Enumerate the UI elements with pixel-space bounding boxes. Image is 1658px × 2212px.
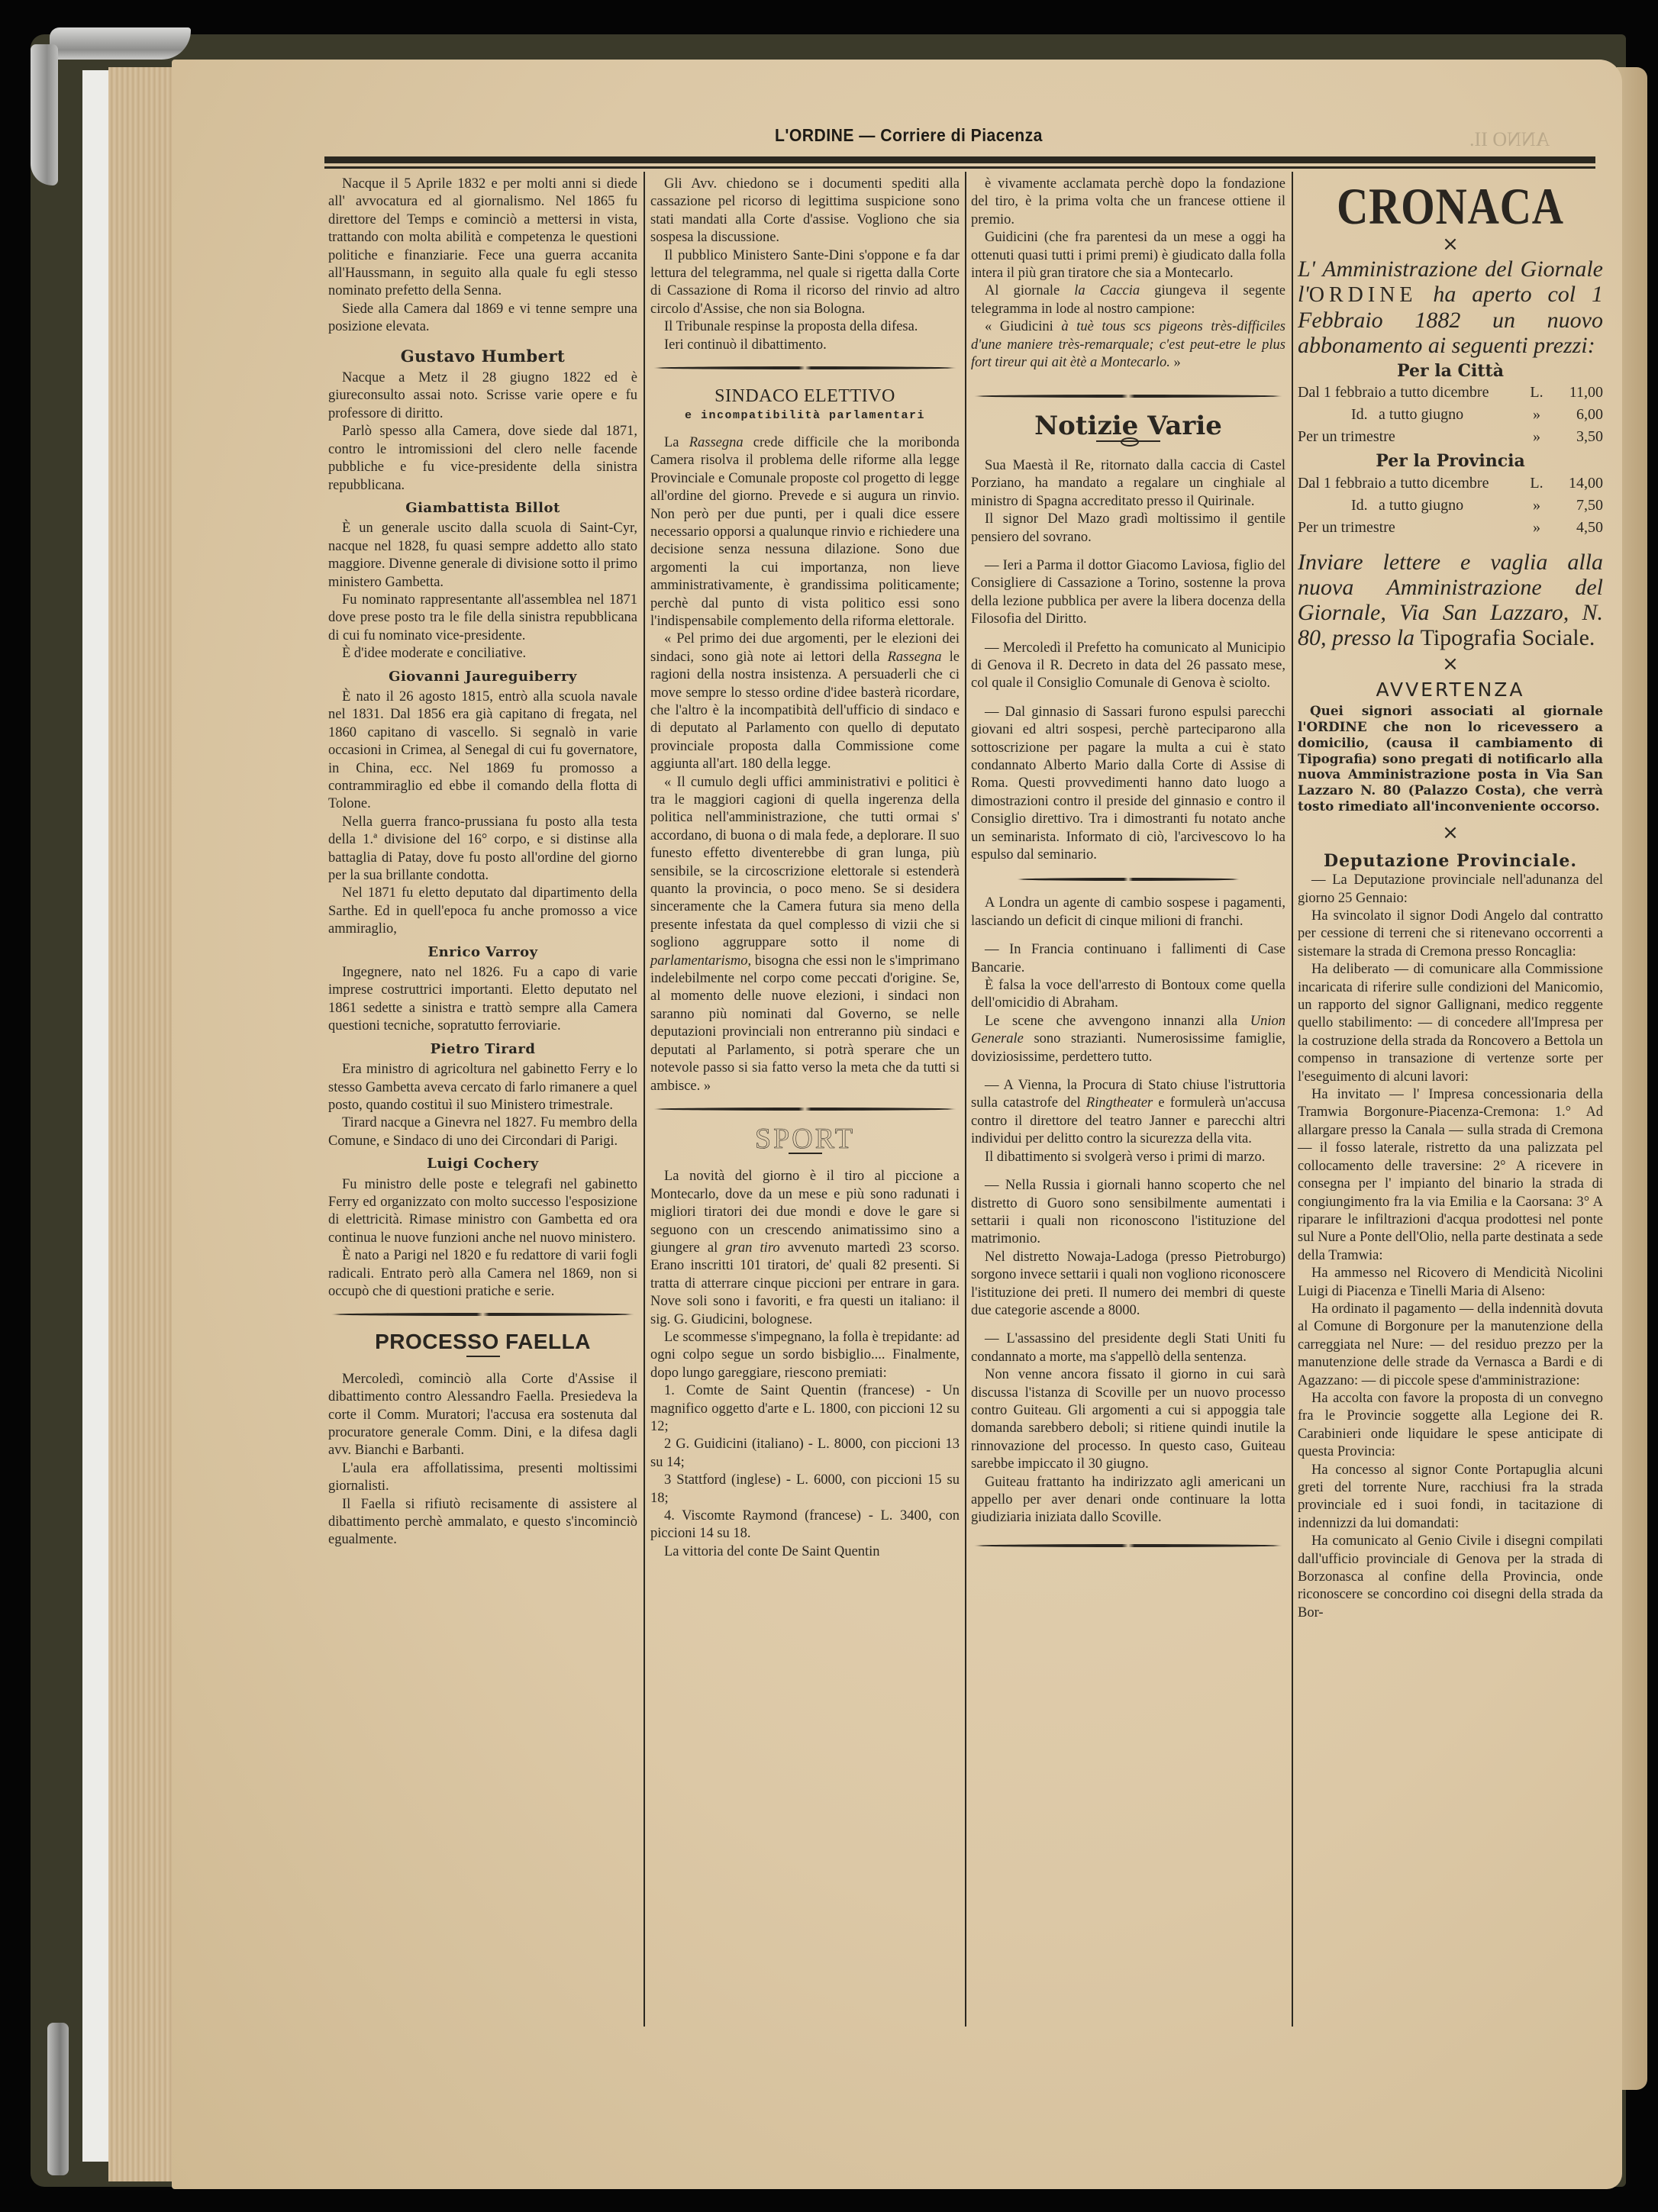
paragraph: Ha comunicato al Genio Civile i disegni … [1298, 1533, 1603, 1622]
paragraph: Ingegnere, nato nel 1826. Fu a capo di v… [328, 964, 637, 1036]
paragraph: Guidicini (che fra parentesi da un mese … [971, 229, 1285, 282]
deputazione-body: — La Deputazione provinciale nell'adunan… [1298, 872, 1603, 1622]
metal-corner-bottom [47, 2023, 69, 2175]
paragraph: è vivamente acclamata perchè dopo la fon… [971, 176, 1285, 229]
news-item: — Dal ginnasio di Sassari furono espulsi… [971, 704, 1285, 865]
paragraph: Le scommesse s'impegnano, la folla è tre… [650, 1329, 960, 1382]
paragraph: Ha ammesso nel Ricovero di Mendicità Nic… [1298, 1265, 1603, 1301]
section-title-cronaca: CRONACA [1322, 179, 1579, 234]
news-item: — In Francia continuano i fallimenti di … [971, 941, 1285, 977]
paragraph: Ha accolta con favore la proposta di un … [1298, 1390, 1603, 1462]
ornamental-rule [331, 1313, 634, 1316]
paragraph: Il pubblico Ministero Sante-Dini s'oppon… [650, 247, 960, 319]
news-item: Sua Maestà il Re, ritornato dalla caccia… [971, 457, 1285, 511]
paragraph: È nato a Parigi nel 1820 e fu redattore … [328, 1247, 637, 1301]
title-flourish [1096, 440, 1160, 442]
price-heading: Per la Provincia [1298, 453, 1603, 470]
paragraph: È un generale uscito dalla scuola di Sai… [328, 520, 637, 592]
paragraph: « Il cumulo degli uffici amministrativi … [650, 774, 960, 1095]
cross-ornament-icon: × [1298, 822, 1603, 843]
avvertenza-body: Quei signori associati al giornale l'ORD… [1298, 703, 1603, 814]
news-item: Non venne ancora fissato il giorno in cu… [971, 1366, 1285, 1473]
cross-ornament-icon: × [1298, 234, 1603, 255]
paragraph: Ha concesso al signor Conte Portapuglia … [1298, 1462, 1603, 1533]
ornamental-rule [653, 1108, 956, 1111]
news-item: Il signor Del Mazo gradì moltissimo il g… [971, 511, 1285, 547]
price-row: Per un trimestre » 4,50 [1298, 517, 1603, 539]
section-title-deputazione: Deputazione Provinciale. [1298, 853, 1603, 870]
paragraph: Nel 1871 fu eletto deputato dal dipartim… [328, 885, 637, 938]
list-item: 2 G. Guidicini (italiano) - L. 8000, con… [650, 1436, 960, 1472]
bio-heading: Luigi Cochery [328, 1155, 637, 1172]
cross-ornament-icon: × [1298, 653, 1603, 675]
bio-heading: Pietro Tirard [328, 1040, 637, 1058]
section-title-sport: SPORT [650, 1130, 960, 1148]
bio-heading: Giovanni Jaureguiberry [328, 668, 637, 685]
section-title-notizie-varie: Notizie Varie [971, 418, 1285, 435]
binding-strip [82, 70, 108, 2162]
paragraph: Ha ordinato il pagamento — della indenni… [1298, 1301, 1603, 1390]
column-divider [1292, 172, 1293, 2027]
paragraph: Siede alla Camera dal 1869 e vi tenne se… [328, 301, 637, 337]
paragraph: Ieri continuò il dibattimento. [650, 337, 960, 354]
paragraph: Nacque a Metz il 28 giugno 1822 ed è giu… [328, 369, 637, 423]
paragraph: Gli Avv. chiedono se i documenti spediti… [650, 176, 960, 247]
paragraph: La novità del giorno è il tiro al piccio… [650, 1168, 960, 1329]
paragraph: « Pel primo dei due argomenti, per le el… [650, 630, 960, 773]
metal-corner-top [50, 27, 191, 60]
ornamental-rule [653, 366, 956, 369]
paragraph: Fu ministro delle poste e telegrafi nel … [328, 1176, 637, 1248]
bio-heading: Gustavo Humbert [328, 347, 637, 365]
header-rule-thick [324, 156, 1595, 163]
ornamental-rule [974, 395, 1282, 398]
news-item: È falsa la voce dell'arresto di Bontoux … [971, 977, 1285, 1013]
address-notice: Inviare lettere e vaglia alla nuova Ammi… [1298, 550, 1603, 650]
paragraph: — La Deputazione provinciale nell'adunan… [1298, 872, 1603, 908]
list-item: 4. Viscomte Raymond (francese) - L. 3400… [650, 1507, 960, 1543]
ornamental-rule [974, 1544, 1282, 1547]
news-item: — Nella Russia i giornali hanno scoperto… [971, 1177, 1285, 1249]
news-item: Le scene che avvengono innanzi alla Unio… [971, 1013, 1285, 1066]
header-rule-thin [324, 166, 1595, 169]
bio-heading: Enrico Varroy [328, 943, 637, 961]
paragraph: Nacque il 5 Aprile 1832 e per molti anni… [328, 176, 637, 301]
subscription-notice: L' Amministrazione del Giornale l'ORDINE… [1298, 256, 1603, 358]
paragraph: La vittoria del conte De Saint Quentin [650, 1543, 960, 1561]
metal-corner-left [31, 44, 58, 185]
paragraph: Mercoledì, cominciò alla Corte d'Assise … [328, 1371, 637, 1460]
paragraph: Fu nominato rappresentante all'assemblea… [328, 592, 637, 645]
paragraph: Tirard nacque a Ginevra nel 1827. Fu mem… [328, 1114, 637, 1150]
paragraph: Al giornale la Caccia giungeva il segent… [971, 282, 1285, 318]
paragraph: Ha deliberato — di comunicare alla Commi… [1298, 961, 1603, 1086]
winners-list: 1. Comte de Saint Quentin (francese) - U… [650, 1382, 960, 1543]
column-3: è vivamente acclamata perchè dopo la fon… [971, 176, 1285, 1559]
paragraph: Ha svincolato il signor Dodi Angelo dal … [1298, 908, 1603, 961]
price-row: Id. a tutto giugno » 6,00 [1298, 404, 1603, 426]
price-row: Dal 1 febbraio a tutto dicembre L. 14,00 [1298, 472, 1603, 495]
price-heading: Per la Città [1298, 363, 1603, 380]
paragraph: L'aula era affollatissima, presenti molt… [328, 1460, 637, 1496]
section-title-processo-faella: PROCESSO FAELLA [328, 1333, 637, 1350]
section-title-avvertenza: AVVERTENZA [1298, 681, 1603, 698]
column-4-cronaca: CRONACA × L' Amministrazione del Giornal… [1298, 176, 1603, 1622]
page-stack-edges [108, 67, 176, 2181]
paragraph: È nato il 26 agosto 1815, entrò alla scu… [328, 688, 637, 814]
list-item: 3 Stattford (inglese) - L. 6000, con pic… [650, 1472, 960, 1507]
news-item: — Mercoledì il Prefetto ha comunicato al… [971, 640, 1285, 693]
list-item: 1. Comte de Saint Quentin (francese) - U… [650, 1382, 960, 1436]
paragraph: Era ministro di agricoltura nel gabinett… [328, 1061, 637, 1114]
title-dash [466, 1356, 500, 1357]
section-title-sindaco-elettivo: SINDACO ELETTIVO [650, 388, 960, 405]
telegram-quote: « Giudicini à tuè tous scs pigeons très-… [971, 318, 1285, 372]
paragraph: Nella guerra franco-prussiana fu posto a… [328, 814, 637, 885]
price-row: Dal 1 febbraio a tutto dicembre L. 11,00 [1298, 382, 1603, 404]
column-divider [644, 172, 645, 2027]
news-item: — Ieri a Parma il dottor Giacomo Laviosa… [971, 557, 1285, 629]
paragraph: Il Tribunale respinse la proposta della … [650, 318, 960, 336]
column-1: Nacque il 5 Aprile 1832 e per molti anni… [328, 176, 637, 1549]
section-subtitle: e incompatibilità parlamentari [650, 407, 960, 424]
news-item: Nel distretto Nowaja-Ladoga (presso Piet… [971, 1249, 1285, 1320]
price-row: Id. a tutto giugno » 7,50 [1298, 495, 1603, 517]
news-item: Guiteau frattanto ha indirizzato agli am… [971, 1474, 1285, 1527]
news-item: Il dibattimento si svolgerà verso i prim… [971, 1149, 1285, 1166]
paragraph: Parlò spesso alla Camera, dove siede dal… [328, 423, 637, 495]
paragraph: È d'idee moderate e conciliative. [328, 645, 637, 663]
paragraph: Il Faella si rifiutò recisamente di assi… [328, 1496, 637, 1549]
ornamental-rule [1017, 878, 1240, 881]
column-divider [965, 172, 966, 2027]
show-through-text: ANNO II. [1469, 128, 1550, 151]
column-2: Gli Avv. chiedono se i documenti spediti… [650, 176, 960, 1561]
news-item: A Londra un agente di cambio sospese i p… [971, 895, 1285, 930]
bio-heading: Giambattista Billot [328, 499, 637, 517]
masthead: L'ORDINE — Corriere di Piacenza [775, 125, 1043, 146]
paragraph: Ha invitato — l' Impresa concessionaria … [1298, 1086, 1603, 1265]
paragraph: La Rassegna crede difficile che la morib… [650, 434, 960, 630]
news-item: — L'assassino del presidente degli Stati… [971, 1330, 1285, 1366]
price-row: Per un trimestre » 3,50 [1298, 426, 1603, 448]
news-item: — A Vienna, la Procura di Stato chiuse l… [971, 1077, 1285, 1149]
